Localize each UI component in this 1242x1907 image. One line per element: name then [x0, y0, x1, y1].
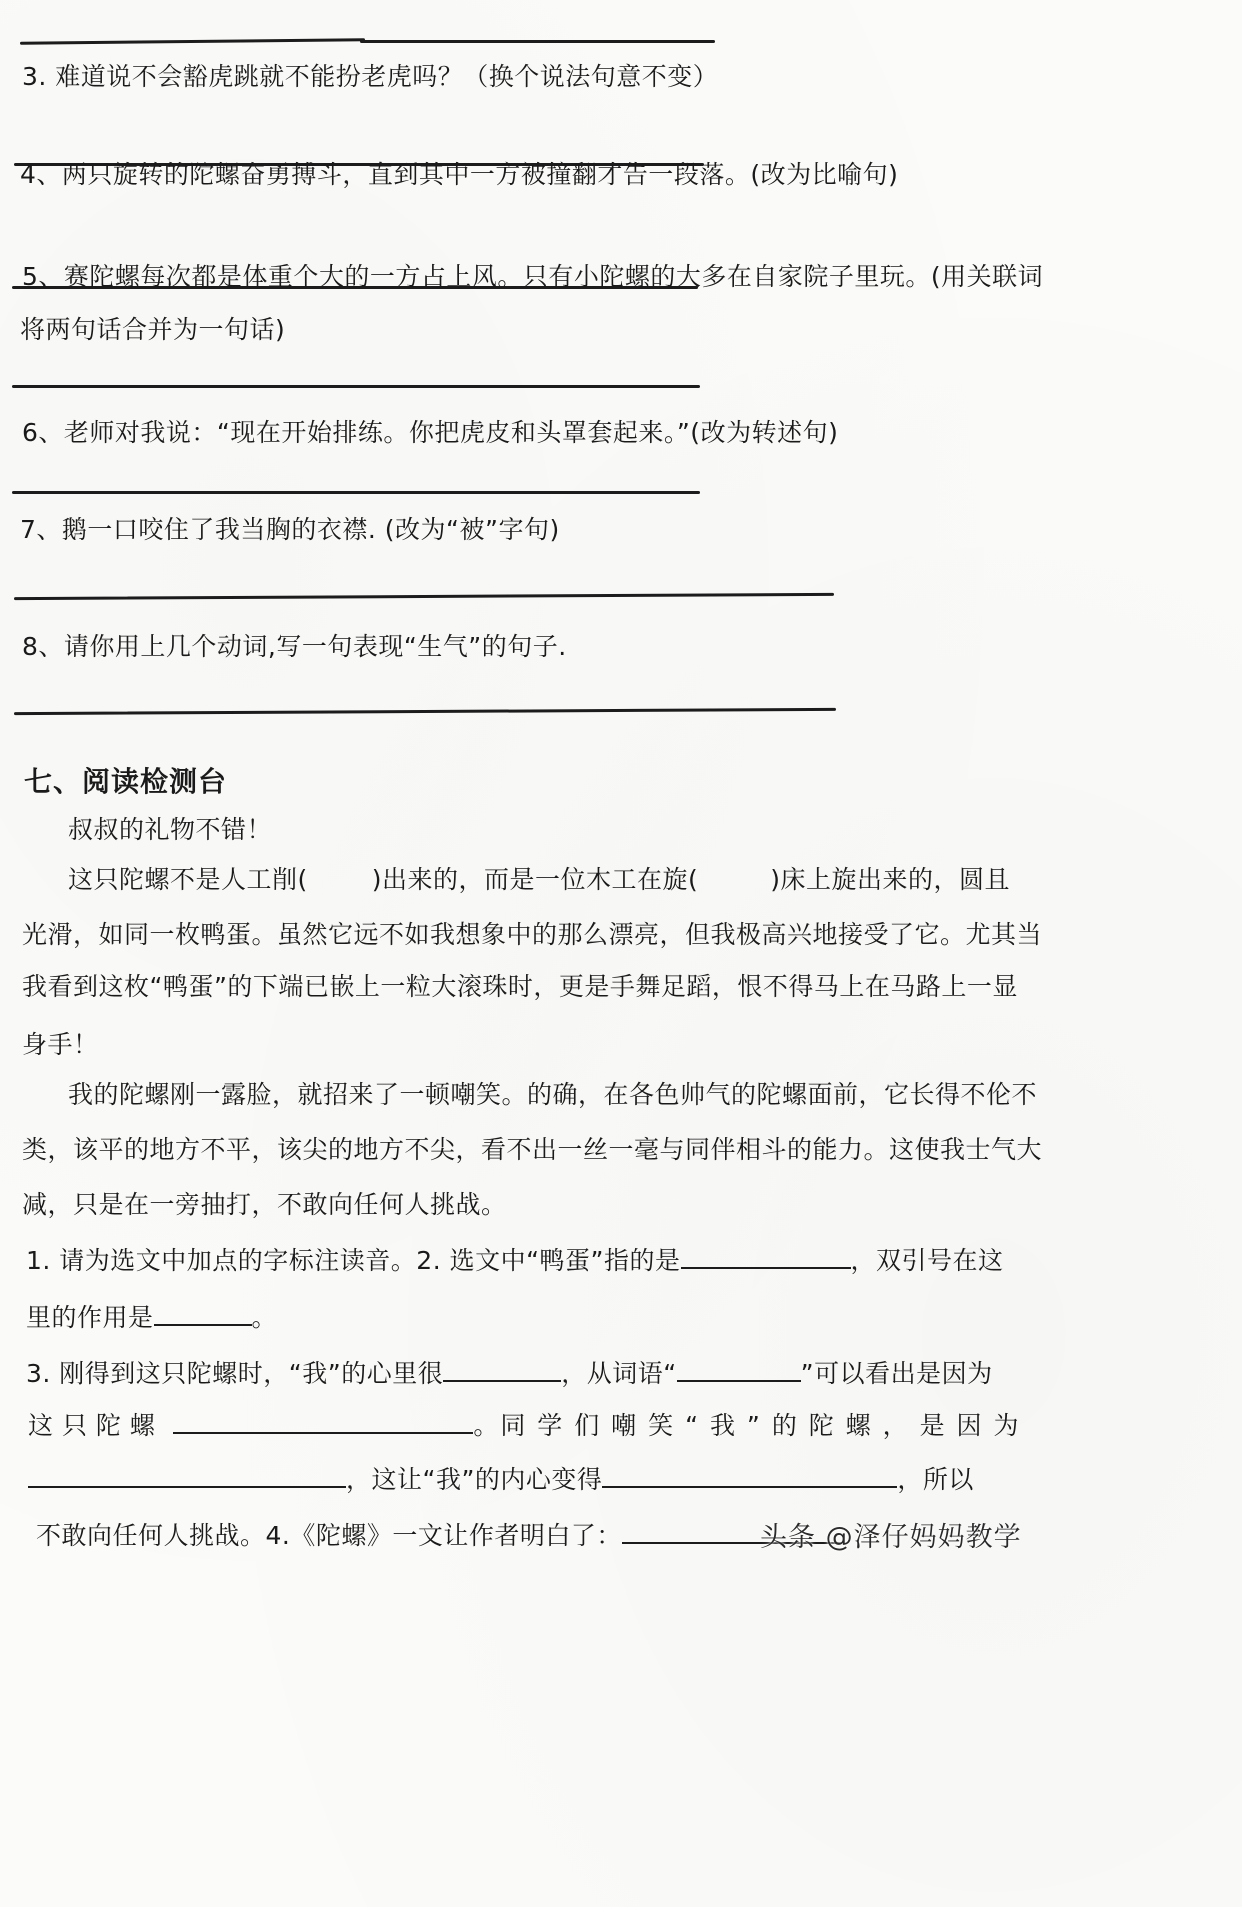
answer-blank-duck-egg[interactable]: [681, 1243, 851, 1269]
answer-blank-feeling[interactable]: [443, 1356, 561, 1382]
answer-line-q5: [12, 385, 700, 388]
reading-q2-text-cont: ，双引号在这: [851, 1246, 1004, 1275]
reading-q2-end: 。: [252, 1303, 278, 1332]
answer-blank-mockery-reason[interactable]: [28, 1462, 346, 1488]
passage-p2-line3: 我看到这枚“鸭蛋”的下端已嵌上一粒大滚珠时，更是手舞足蹈，恨不得马上在马路上一显: [22, 972, 1018, 1002]
reading-question-line1: 1. 请为选文中加点的字标注读音。2. 选文中“鸭蛋”指的是，双引号在这: [26, 1243, 1004, 1276]
passage-p3-line1: 我的陀螺刚一露脸，就招来了一顿嘲笑。的确，在各色帅气的陀螺面前，它长得不伦不: [68, 1080, 1037, 1110]
reading-question-line2: 里的作用是。: [26, 1300, 277, 1333]
passage-title-line: 叔叔的礼物不错！: [68, 815, 272, 845]
answer-line-q2: [20, 38, 365, 45]
reading-question-line4: 这 只 陀 螺。同 学 们 嘲 笑 “ 我 ” 的 陀 螺 ， 是 因 为: [28, 1408, 1021, 1441]
answer-blank-reason[interactable]: [173, 1408, 473, 1434]
reading-question-line5: ，这让“我”的内心变得，所以: [28, 1462, 974, 1495]
answer-line-q6: [12, 491, 700, 494]
passage-p2-line2: 光滑，如同一枚鸭蛋。虽然它远不如我想象中的那么漂亮，但我极高兴地接受了它。尤其当: [22, 920, 1042, 950]
reading-question-line3: 3. 刚得到这只陀螺时，“我”的心里很，从词语“”可以看出是因为: [26, 1356, 993, 1389]
passage-p2-part-c: )床上旋出来的，圆且: [770, 865, 1010, 894]
watermark: 头条 @泽仔妈妈教学: [760, 1515, 1022, 1554]
answer-line-q2-cont: [360, 40, 715, 43]
answer-blank-word[interactable]: [677, 1356, 801, 1382]
passage-p3-line3: 减，只是在一旁抽打，不敢向任何人挑战。: [22, 1190, 507, 1220]
passage-p2-line4: 身手！: [22, 1030, 99, 1060]
passage-p2-part-b: )出来的，而是一位木工在旋(: [372, 865, 699, 894]
reading-q3-text-d: 这 只 陀 螺: [28, 1411, 155, 1440]
answer-line-q8: [14, 708, 836, 715]
reading-q3-text-f: ，这让“我”的内心变得: [346, 1465, 602, 1494]
reading-q3-text-c: ”可以看出是因为: [801, 1359, 993, 1388]
question-8: 8、请你用上几个动词,写一句表现“生气”的句子.: [22, 632, 567, 662]
question-4: 4、两只旋转的陀螺奋勇搏斗，直到其中一方被撞翻才告一段落。(改为比喻句): [20, 160, 898, 190]
section-heading-reading: 七、阅读检测台: [24, 760, 227, 800]
reading-q3-text-b: ，从词语“: [561, 1359, 676, 1388]
question-6: 6、老师对我说：“现在开始排练。你把虎皮和头罩套起来。”(改为转述句): [22, 418, 838, 448]
answer-blank-quote-function[interactable]: [154, 1300, 252, 1326]
reading-q3-text-a: 3. 刚得到这只陀螺时，“我”的心里很: [26, 1359, 443, 1388]
question-5-line2: 将两句话合并为一句话): [20, 315, 285, 345]
reading-q2-function-text: 里的作用是: [26, 1303, 154, 1332]
reading-q4-text: 不敢向任何人挑战。4.《陀螺》一文让作者明白了：: [36, 1521, 622, 1550]
answer-blank-inner-change[interactable]: [602, 1462, 897, 1488]
reading-q1-q2-text: 1. 请为选文中加点的字标注读音。2. 选文中“鸭蛋”指的是: [26, 1246, 681, 1275]
passage-p2-line1: 这只陀螺不是人工削()出来的，而是一位木工在旋()床上旋出来的，圆且: [68, 865, 1010, 895]
reading-q3-text-e: 。同 学 们 嘲 笑 “ 我 ” 的 陀 螺 ， 是 因 为: [473, 1411, 1020, 1440]
question-5-line1: 5、赛陀螺每次都是体重个大的一方占上风。只有小陀螺的大多在自家院子里玩。(用关联…: [22, 262, 1043, 292]
answer-line-q7: [14, 593, 834, 600]
passage-p3-line2: 类，该平的地方不平，该尖的地方不尖，看不出一丝一毫与同伴相斗的能力。这使我士气大: [22, 1135, 1042, 1165]
passage-p2-part-a: 这只陀螺不是人工削(: [68, 865, 308, 894]
worksheet-page: 3. 难道说不会豁虎跳就不能扮老虎吗？（换个说法句意不变） 4、两只旋转的陀螺奋…: [0, 0, 1242, 1907]
reading-q3-text-g: ，所以: [897, 1465, 974, 1494]
reading-question-line6: 不敢向任何人挑战。4.《陀螺》一文让作者明白了：: [36, 1518, 842, 1551]
question-3: 3. 难道说不会豁虎跳就不能扮老虎吗？（换个说法句意不变）: [22, 62, 718, 92]
question-7: 7、鹅一口咬住了我当胸的衣襟. (改为“被”字句): [20, 515, 560, 545]
